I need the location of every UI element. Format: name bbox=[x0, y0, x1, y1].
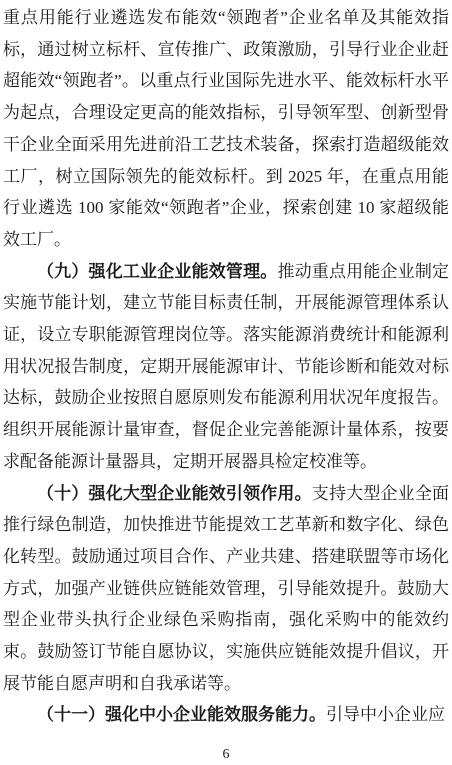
document-page: 重点用能行业遴选发布能效“领跑者”企业名单及其能效指标，通过树立标杆、宣传推广、… bbox=[0, 0, 452, 765]
section-10-body: 支持大型企业全面推行绿色制造，加快推进节能提效工艺革新和数字化、绿色化转型。鼓励… bbox=[3, 484, 449, 693]
document-body: 重点用能行业遴选发布能效“领跑者”企业名单及其能效指标，通过树立标杆、宣传推广、… bbox=[3, 2, 449, 731]
paragraph-section-11: （十一）强化中小企业能效服务能力。引导中小企业应 bbox=[3, 699, 449, 731]
paragraph-leaders-continuation: 重点用能行业遴选发布能效“领跑者”企业名单及其能效指标，通过树立标杆、宣传推广、… bbox=[3, 2, 449, 256]
section-10-heading: （十）强化大型企业能效引领作用。 bbox=[37, 484, 312, 503]
paragraph-section-10: （十）强化大型企业能效引领作用。支持大型企业全面推行绿色制造，加快推进节能提效工… bbox=[3, 478, 449, 700]
paragraph-leaders-text: 重点用能行业遴选发布能效“领跑者”企业名单及其能效指标，通过树立标杆、宣传推广、… bbox=[3, 8, 449, 249]
paragraph-section-9: （九）强化工业企业能效管理。推动重点用能企业制定实施节能计划，建立节能目标责任制… bbox=[3, 256, 449, 478]
page-number: 6 bbox=[0, 748, 452, 762]
section-9-heading: （九）强化工业企业能效管理。 bbox=[37, 262, 277, 281]
section-11-body: 引导中小企业应 bbox=[326, 705, 445, 724]
section-9-body: 推动重点用能企业制定实施节能计划，建立节能目标责任制，开展能源管理体系认证，设立… bbox=[3, 262, 449, 471]
section-11-heading: （十一）强化中小企业能效服务能力。 bbox=[37, 705, 326, 724]
